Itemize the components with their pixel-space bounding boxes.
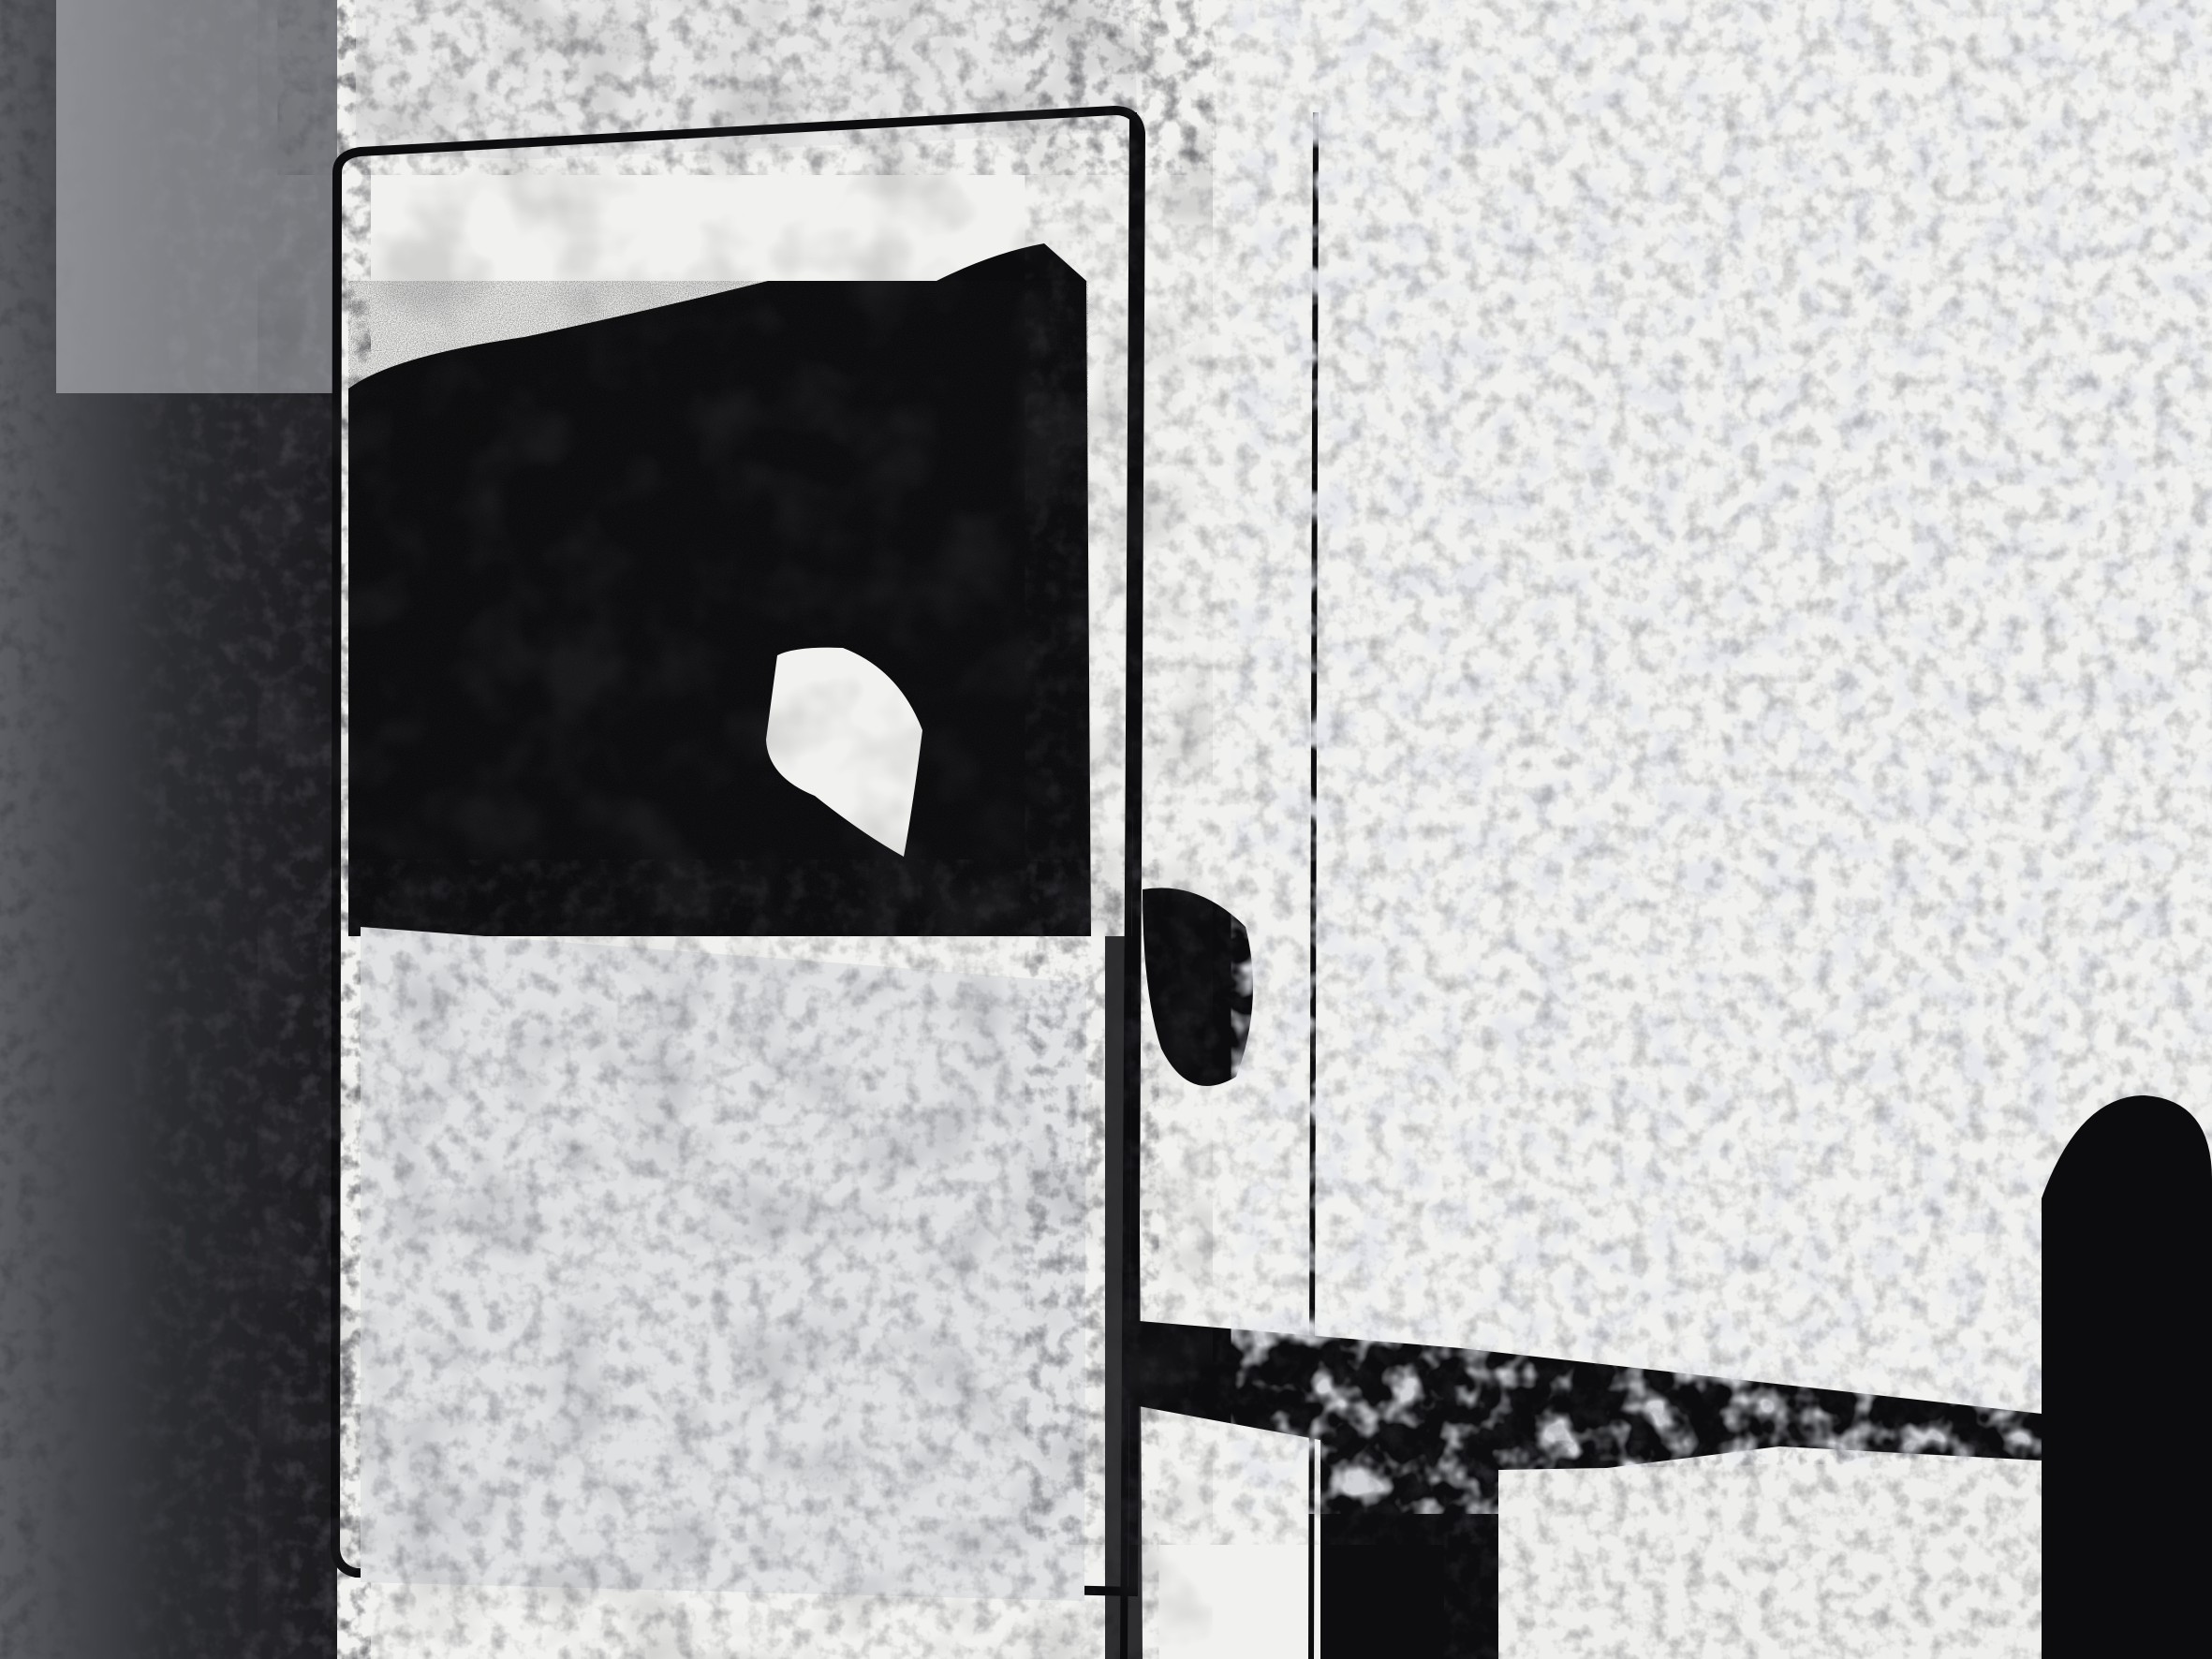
dark-rounded-shape [2042, 1095, 2212, 1659]
abstract-painting [0, 0, 2212, 1659]
artwork-photo [0, 0, 2212, 1659]
